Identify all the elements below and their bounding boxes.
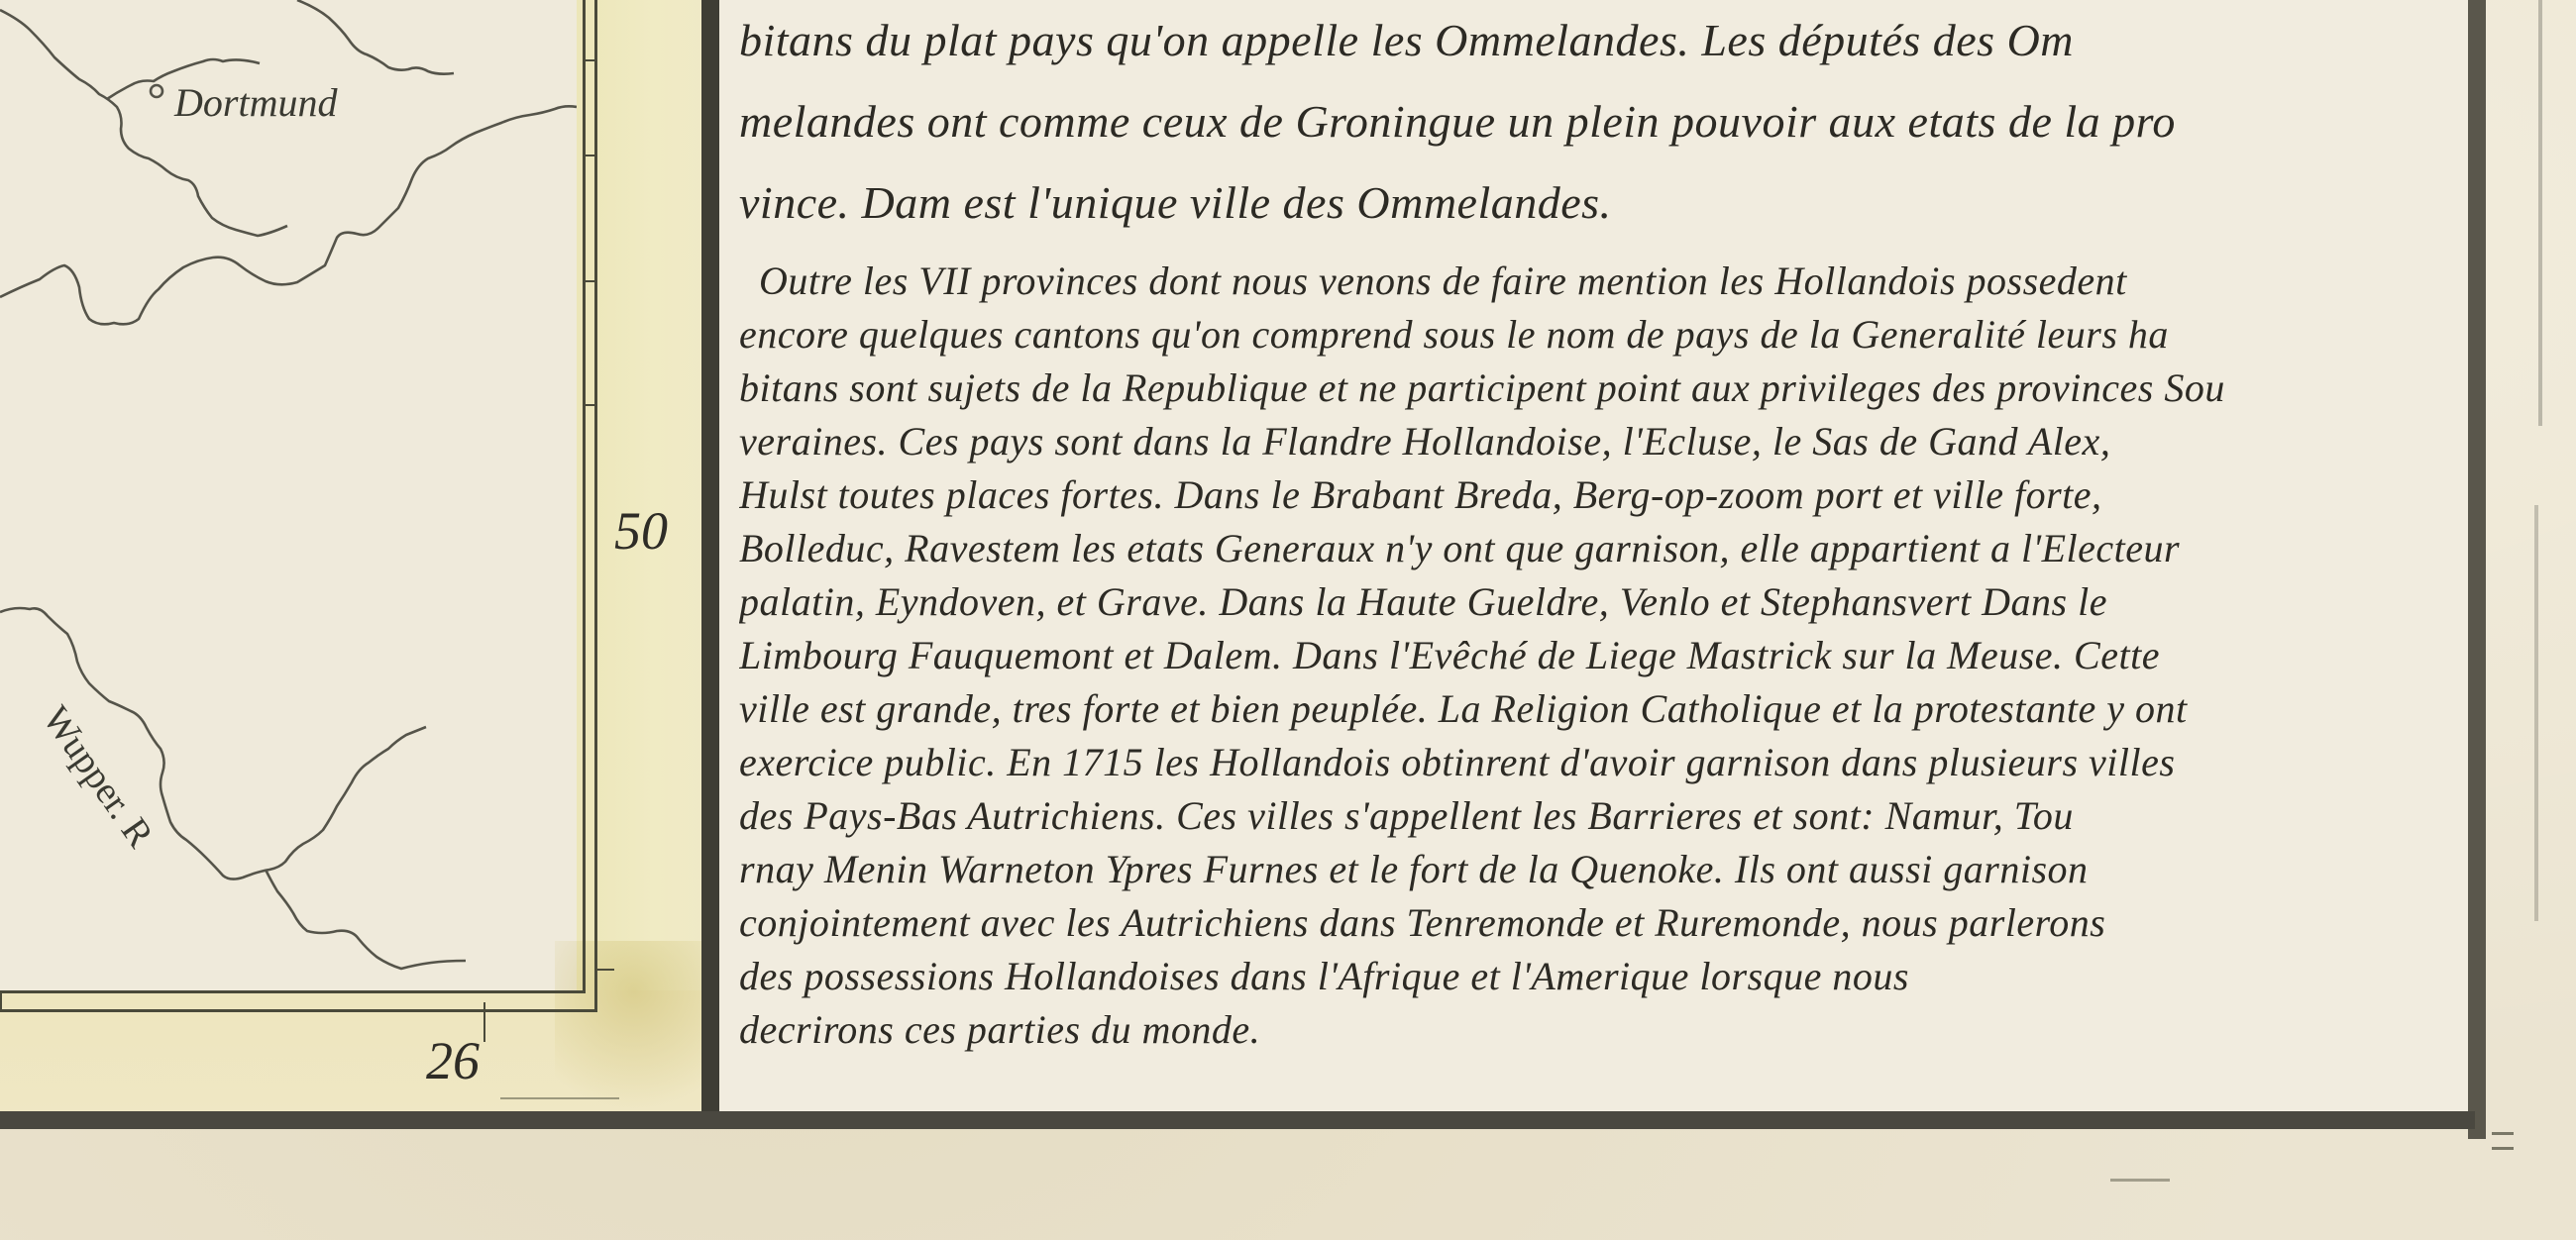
text-line: des possessions Hollandoises dans l'Afri… bbox=[739, 957, 2453, 1010]
text-line: bitans sont sujets de la Republique et n… bbox=[739, 368, 2453, 422]
graticule-tick bbox=[594, 969, 614, 971]
text-line: bitans du plat pays qu'on appelle les Om… bbox=[739, 18, 2453, 99]
scale-mark bbox=[500, 1097, 619, 1099]
text-line: decrirons ces parties du monde. bbox=[739, 1010, 2453, 1064]
graticule-tick bbox=[483, 1002, 485, 1042]
graticule-tick bbox=[586, 280, 597, 282]
text-line: rnay Menin Warneton Ypres Furnes et le f… bbox=[739, 850, 2453, 903]
river-path bbox=[266, 870, 466, 969]
river-path bbox=[0, 106, 577, 324]
graticule-tick bbox=[586, 404, 597, 406]
paper-mark bbox=[2110, 1179, 2170, 1182]
longitude-label: 26 bbox=[426, 1030, 480, 1091]
text-line: des Pays-Bas Autrichiens. Ces villes s'a… bbox=[739, 796, 2453, 850]
text-line: encore quelques cantons qu'on comprend s… bbox=[739, 315, 2453, 368]
text-line: Bolleduc, Ravestem les etats Generaux n'… bbox=[739, 529, 2453, 582]
text-line: vince. Dam est l'unique ville des Ommela… bbox=[739, 180, 2453, 261]
plate-mark-tick bbox=[2492, 1132, 2514, 1135]
graticule-tick bbox=[586, 155, 597, 156]
graticule-tick bbox=[586, 59, 597, 61]
text-line: exercice public. En 1715 les Hollandois … bbox=[739, 743, 2453, 796]
text-cartouche: bitans du plat pays qu'on appelle les Om… bbox=[719, 0, 2468, 1111]
text-line: Hulst toutes places fortes. Dans le Brab… bbox=[739, 475, 2453, 529]
map-neatline-inner bbox=[583, 0, 586, 990]
text-body: bitans du plat pays qu'on appelle les Om… bbox=[739, 18, 2453, 1064]
map-rivers bbox=[0, 0, 577, 990]
text-line: conjointement avec les Autrichiens dans … bbox=[739, 903, 2453, 957]
text-line: Limbourg Fauquemont et Dalem. Dans l'Evê… bbox=[739, 636, 2453, 689]
graticule-tick bbox=[0, 993, 2, 1009]
map-panel: Dortmund Wupper. R bbox=[0, 0, 577, 990]
text-line: palatin, Eyndoven, et Grave. Dans la Hau… bbox=[739, 582, 2453, 636]
river-path bbox=[297, 0, 454, 74]
map-label-city: Dortmund bbox=[174, 79, 337, 126]
map-neatline-inner-bottom bbox=[0, 990, 586, 993]
frame-bottom-border bbox=[0, 1111, 2475, 1129]
frame-right-border bbox=[2468, 0, 2486, 1139]
outer-plate-mark bbox=[2538, 0, 2542, 426]
outer-plate-mark bbox=[2534, 505, 2538, 921]
latitude-label: 50 bbox=[614, 500, 668, 562]
text-line: Outre les VII provinces dont nous venons… bbox=[739, 261, 2453, 315]
map-neatline-outer-bottom bbox=[0, 1009, 597, 1012]
text-line: veraines. Ces pays sont dans la Flandre … bbox=[739, 422, 2453, 475]
plate-mark-tick bbox=[2492, 1147, 2514, 1150]
frame-divider bbox=[701, 0, 719, 1129]
text-line: ville est grande, tres forte et bien peu… bbox=[739, 689, 2453, 743]
city-marker bbox=[151, 85, 162, 97]
text-line: melandes ont comme ceux de Groningue un … bbox=[739, 99, 2453, 180]
map-neatline-outer bbox=[594, 0, 597, 1012]
